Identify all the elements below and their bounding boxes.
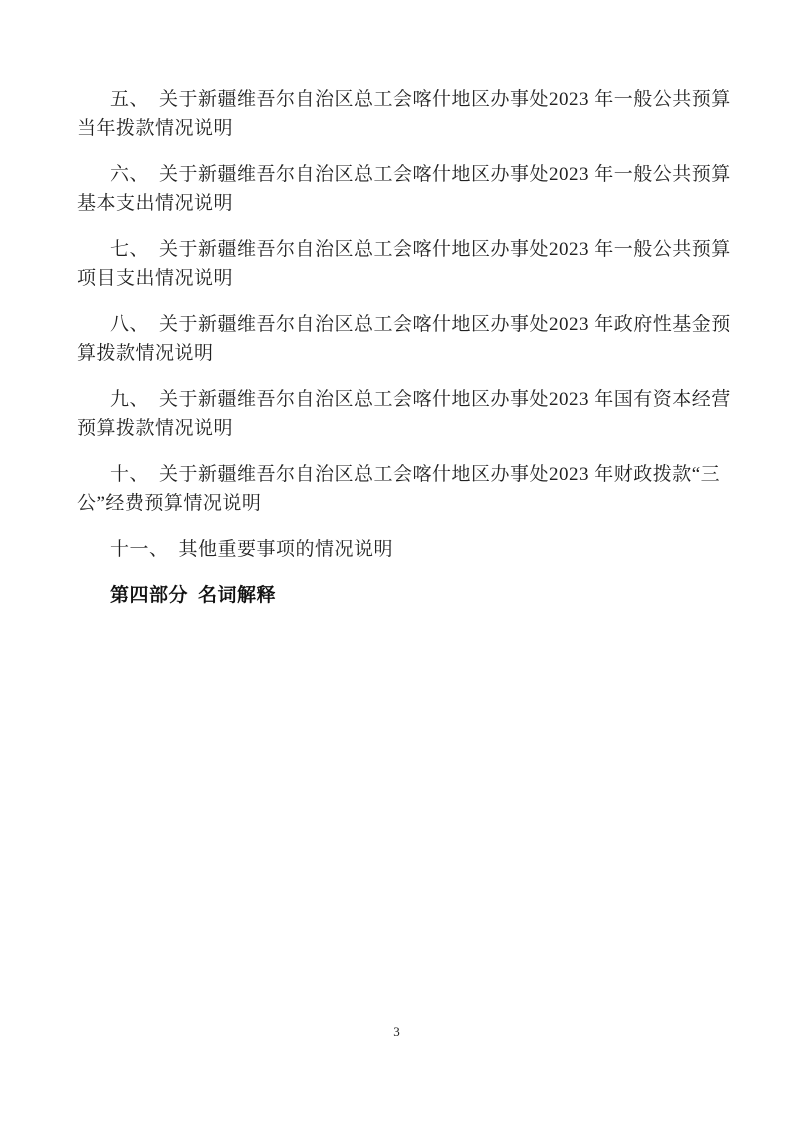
page-number: 3: [0, 1024, 793, 1040]
toc-section: 五、 关于新疆维吾尔自治区总工会喀什地区办事处2023 年一般公共预算 当年拨款…: [77, 85, 747, 610]
toc-item: 十一、 其他重要事项的情况说明: [77, 535, 747, 564]
toc-item: 五、 关于新疆维吾尔自治区总工会喀什地区办事处2023 年一般公共预算 当年拨款…: [77, 85, 747, 143]
document-page: 五、 关于新疆维吾尔自治区总工会喀什地区办事处2023 年一般公共预算 当年拨款…: [0, 0, 793, 1122]
toc-item: 十、 关于新疆维吾尔自治区总工会喀什地区办事处2023 年财政拨款“三 公”经费…: [77, 460, 747, 518]
toc-item: 九、 关于新疆维吾尔自治区总工会喀什地区办事处2023 年国有资本经营 预算拨款…: [77, 385, 747, 443]
toc-item: 八、 关于新疆维吾尔自治区总工会喀什地区办事处2023 年政府性基金预 算拨款情…: [77, 310, 747, 368]
toc-item: 七、 关于新疆维吾尔自治区总工会喀什地区办事处2023 年一般公共预算 项目支出…: [77, 235, 747, 293]
section-heading: 第四部分 名词解释: [77, 581, 747, 610]
toc-item: 六、 关于新疆维吾尔自治区总工会喀什地区办事处2023 年一般公共预算 基本支出…: [77, 160, 747, 218]
